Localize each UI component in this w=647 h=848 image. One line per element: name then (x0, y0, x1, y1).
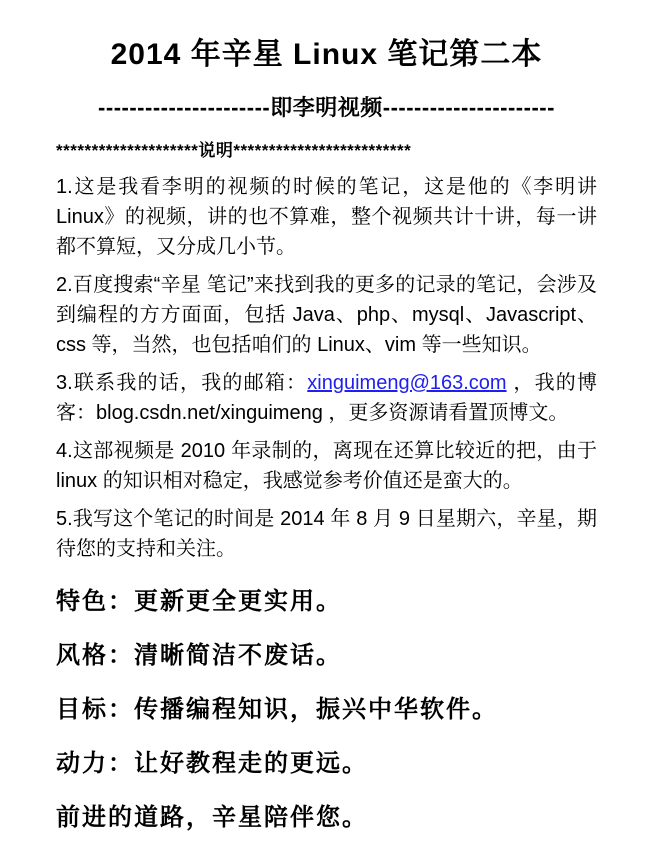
paragraph-5: 5.我写这个笔记的时间是 2014 年 8 月 9 日星期六，辛星，期待您的支持… (56, 504, 597, 564)
separator-line: ********************说明******************… (56, 138, 597, 164)
closing-line: 前进的道路，辛星陪伴您。 (56, 802, 597, 834)
separator-stars-left: ******************** (56, 141, 198, 160)
paragraph-2: 2.百度搜索“辛星 笔记”来找到我的更多的记录的笔记，会涉及到编程的方方面面，包… (56, 270, 597, 360)
document-page: 2014 年辛星 Linux 笔记第二本 -------------------… (0, 0, 647, 848)
subtitle-text: 即李明视频 (270, 95, 383, 120)
paragraph-1: 1.这是我看李明的视频的时候的笔记，这是他的《李明讲 Linux》的视频，讲的也… (56, 172, 597, 262)
page-title: 2014 年辛星 Linux 笔记第二本 (56, 34, 597, 76)
subtitle-dashes-right: ---------------------- (383, 95, 555, 120)
separator-label: 说明 (198, 141, 233, 160)
subtitle-dashes-left: ---------------------- (98, 95, 270, 120)
slogan-goal: 目标：传播编程知识，振兴中华软件。 (56, 694, 597, 726)
email-link[interactable]: xinguimeng@163.com (307, 372, 506, 394)
slogan-features: 特色：更新更全更实用。 (56, 586, 597, 618)
paragraph-3-before-text: 3.联系我的话，我的邮箱： (56, 372, 307, 394)
slogan-style: 风格：清晰简洁不废话。 (56, 640, 597, 672)
subtitle-line: ----------------------即李明视频-------------… (56, 92, 597, 124)
separator-stars-right: ************************* (233, 141, 411, 160)
paragraph-3: 3.联系我的话，我的邮箱：xinguimeng@163.com ，我的博客：bl… (56, 368, 597, 428)
slogan-motivation: 动力：让好教程走的更远。 (56, 748, 597, 780)
paragraph-4: 4.这部视频是 2010 年录制的，离现在还算比较近的把，由于 linux 的知… (56, 436, 597, 496)
